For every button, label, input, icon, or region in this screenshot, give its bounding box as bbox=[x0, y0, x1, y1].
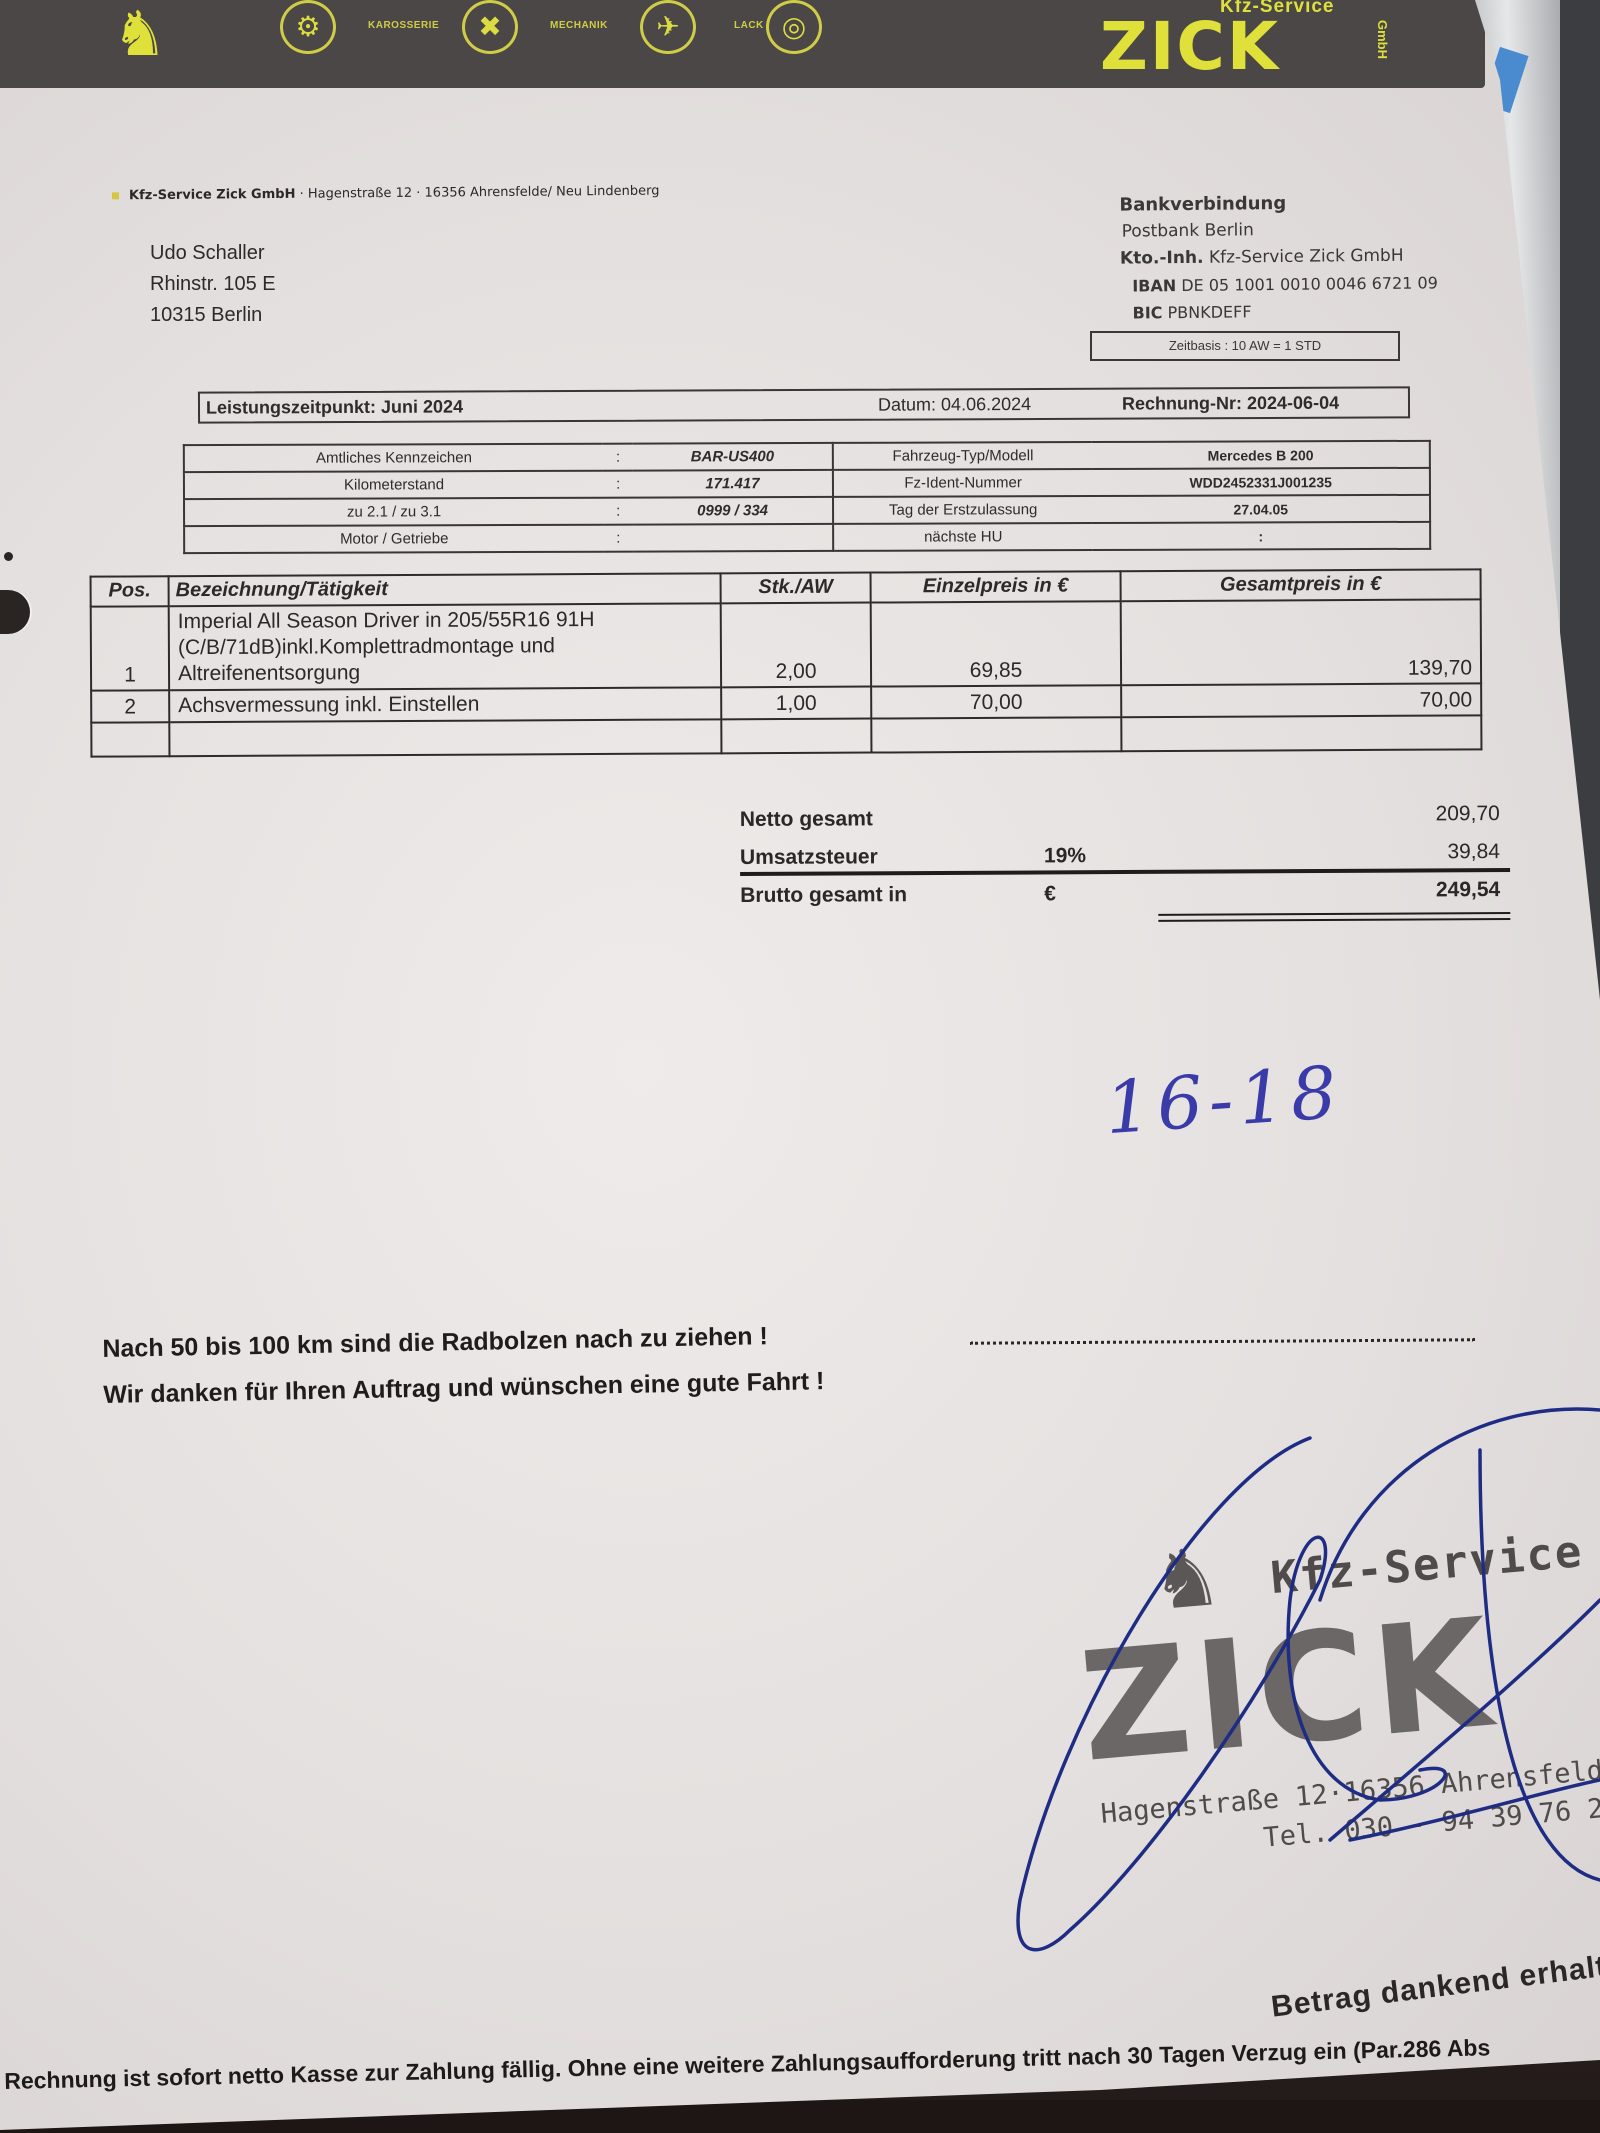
recipient-name: Udo Schaller bbox=[150, 238, 276, 269]
vat-amount: 39,84 bbox=[1447, 840, 1500, 864]
vat-rate: 19% bbox=[1044, 844, 1086, 868]
vehicle-value-2: 27.04.05 bbox=[1092, 495, 1430, 523]
vehicle-value-2: WDD2452331J001235 bbox=[1092, 468, 1430, 496]
empty-cell bbox=[169, 719, 721, 756]
punch-mark bbox=[4, 552, 13, 561]
header-description: Bezeichnung/Tätigkeit bbox=[169, 573, 721, 606]
brand-large: ZICK bbox=[1100, 8, 1280, 85]
vehicle-label: Kilometerstand bbox=[184, 471, 603, 499]
item-total: 139,70 bbox=[1121, 599, 1481, 685]
sender-address: · Hagenstraße 12 · 16356 Ahrensfelde/ Ne… bbox=[295, 184, 659, 202]
vehicle-label-2: Fahrzeug-Typ/Modell bbox=[833, 442, 1093, 470]
item-unit-price: 70,00 bbox=[871, 685, 1121, 718]
line-item-row: 1Imperial All Season Driver in 205/55R16… bbox=[91, 599, 1481, 690]
bank-iban: IBAN DE 05 1001 0010 0046 6721 09 bbox=[1132, 269, 1438, 299]
item-description-line: Achsvermessung inkl. Einstellen bbox=[178, 690, 712, 719]
empty-row bbox=[91, 715, 1481, 756]
item-description: Imperial All Season Driver in 205/55R16 … bbox=[169, 603, 721, 690]
item-pos: 1 bbox=[91, 606, 169, 690]
wrench-hammer-icon: ✖ bbox=[462, 0, 518, 54]
vat-label: Umsatzsteuer bbox=[740, 845, 878, 870]
empty-cell bbox=[91, 722, 169, 756]
item-description-line: (C/B/71dB)inkl.Komplettradmontage und bbox=[178, 632, 712, 661]
colon-separator: : bbox=[603, 471, 633, 498]
vehicle-row: Motor / Getriebe:nächste HU: bbox=[184, 522, 1430, 553]
service-label-karosserie: KAROSSERIE bbox=[368, 20, 439, 31]
gross-row: Brutto gesamt in € 249,54 bbox=[740, 874, 1510, 916]
bic-label: BIC bbox=[1132, 303, 1162, 322]
service-label-mechanik: MECHANIK bbox=[550, 20, 608, 31]
item-qty: 2,00 bbox=[721, 603, 871, 688]
bank-holder-label: Kto.-Inh. bbox=[1120, 248, 1204, 269]
bank-title: Bankverbindung bbox=[1119, 188, 1437, 218]
brand-suffix: GmbH bbox=[1375, 20, 1390, 59]
signature-dotted-line bbox=[970, 1338, 1475, 1345]
vehicle-value-2: : bbox=[1093, 522, 1431, 550]
item-pos: 2 bbox=[91, 690, 169, 722]
punch-hole bbox=[0, 590, 30, 634]
net-label: Netto gesamt bbox=[740, 807, 873, 832]
colon-separator: : bbox=[603, 498, 633, 525]
net-amount: 209,70 bbox=[1435, 802, 1499, 826]
service-label-lack: LACK bbox=[734, 20, 764, 31]
item-description: Achsvermessung inkl. Einstellen bbox=[169, 687, 721, 722]
item-description-line: Altreifenentsorgung bbox=[178, 658, 712, 687]
item-unit-price: 69,85 bbox=[871, 601, 1121, 686]
bank-holder: Kto.-Inh. Kfz-Service Zick GmbH bbox=[1120, 242, 1438, 272]
tire-icon: ◎ bbox=[766, 0, 822, 54]
items-table: Pos. Bezeichnung/Tätigkeit Stk./AW Einze… bbox=[90, 568, 1483, 757]
item-qty: 1,00 bbox=[721, 687, 871, 720]
sender-line: Kfz-Service Zick GmbH · Hagenstraße 12 ·… bbox=[112, 184, 660, 204]
header-unit-price: Einzelpreis in € bbox=[871, 571, 1121, 602]
closing-notes: Nach 50 bis 100 km sind die Radbolzen na… bbox=[102, 1312, 825, 1418]
item-total: 70,00 bbox=[1121, 683, 1481, 717]
zeitbasis-box: Zeitbasis : 10 AW = 1 STD bbox=[1090, 331, 1400, 361]
vehicle-table: Amtliches Kennzeichen:BAR-US400Fahrzeug-… bbox=[183, 440, 1431, 554]
colon-separator: : bbox=[603, 444, 633, 471]
company-stamp: ♞ Kfz-Service ZICK Hagenstraße 12·16356 … bbox=[1055, 1478, 1600, 1883]
recipient-address: Udo Schaller Rhinstr. 105 E 10315 Berlin bbox=[150, 238, 276, 331]
empty-cell bbox=[721, 719, 871, 754]
gross-currency: € bbox=[1044, 882, 1056, 906]
vehicle-value: BAR-US400 bbox=[633, 443, 833, 471]
stamp-line2: ZICK bbox=[1074, 1586, 1502, 1795]
vehicle-label-2: Fz-Ident-Nummer bbox=[833, 469, 1093, 497]
empty-cell bbox=[871, 717, 1121, 752]
bank-name: Postbank Berlin bbox=[1122, 215, 1438, 245]
vehicle-label: zu 2.1 / zu 3.1 bbox=[184, 498, 603, 526]
iban-label: IBAN bbox=[1132, 276, 1176, 295]
gross-double-underline bbox=[1158, 912, 1510, 922]
spray-gun-icon: ✈ bbox=[640, 0, 696, 54]
letterhead-band: ♞ ⚙ KAROSSERIE ✖ MECHANIK ✈ LACK ◎ Kfz-S… bbox=[0, 0, 1485, 88]
vehicle-row: Amtliches Kennzeichen:BAR-US400Fahrzeug-… bbox=[184, 441, 1430, 472]
recipient-city: 10315 Berlin bbox=[150, 300, 276, 331]
bank-holder-value: Kfz-Service Zick GmbH bbox=[1209, 246, 1404, 268]
service-period: Leistungszeitpunkt: Juni 2024 bbox=[206, 396, 463, 418]
empty-cell bbox=[1121, 715, 1481, 751]
recipient-street: Rhinstr. 105 E bbox=[150, 269, 276, 300]
vehicle-value-2: Mercedes B 200 bbox=[1092, 441, 1430, 469]
vehicle-label-2: nächste HU bbox=[833, 523, 1093, 551]
item-description-line: Imperial All Season Driver in 205/55R16 … bbox=[178, 606, 712, 635]
invoice-number: Rechnung-Nr: 2024-06-04 bbox=[1122, 393, 1339, 415]
gross-amount: 249,54 bbox=[1436, 878, 1500, 902]
brand-logo: Kfz-Service ZICK GmbH bbox=[1100, 0, 1420, 88]
frame-straightening-icon: ⚙ bbox=[280, 0, 336, 54]
vehicle-label-2: Tag der Erstzulassung bbox=[833, 496, 1093, 524]
totals-block: Netto gesamt 209,70 Umsatzsteuer 19% 39,… bbox=[740, 798, 1511, 916]
vehicle-label: Motor / Getriebe bbox=[184, 525, 603, 553]
header-pos: Pos. bbox=[91, 576, 169, 606]
sender-company: Kfz-Service Zick GmbH bbox=[129, 187, 296, 203]
invoice-paper: ♞ ⚙ KAROSSERIE ✖ MECHANIK ✈ LACK ◎ Kfz-S… bbox=[0, 0, 1600, 2133]
bank-bic: BIC PBNKDEFF bbox=[1132, 296, 1438, 326]
vehicle-label: Amtliches Kennzeichen bbox=[184, 444, 603, 472]
bic-value: PBNKDEFF bbox=[1167, 302, 1251, 322]
gross-label: Brutto gesamt in bbox=[740, 883, 907, 908]
vehicle-value bbox=[633, 524, 833, 552]
vehicle-value: 171.417 bbox=[633, 470, 833, 498]
vehicle-row: zu 2.1 / zu 3.1:0999 / 334Tag der Erstzu… bbox=[184, 495, 1430, 526]
vehicle-value: 0999 / 334 bbox=[633, 497, 833, 525]
sender-bullet-icon bbox=[112, 192, 119, 199]
iban-value: DE 05 1001 0010 0046 6721 09 bbox=[1181, 273, 1438, 295]
paid-stamp: Betrag dankend erhalten bbox=[1269, 1945, 1600, 2024]
invoice-meta-bar: Leistungszeitpunkt: Juni 2024 Datum: 04.… bbox=[198, 386, 1410, 423]
colon-separator: : bbox=[603, 525, 633, 552]
goat-logo-icon: ♞ bbox=[112, 0, 168, 70]
header-total: Gesamtpreis in € bbox=[1121, 569, 1481, 601]
vehicle-row: Kilometerstand:171.417Fz-Ident-NummerWDD… bbox=[184, 468, 1430, 499]
net-row: Netto gesamt 209,70 bbox=[740, 798, 1510, 840]
handwritten-note: 16-18 bbox=[1102, 1050, 1345, 1150]
header-qty: Stk./AW bbox=[721, 573, 871, 604]
bank-details: Bankverbindung Postbank Berlin Kto.-Inh.… bbox=[1119, 188, 1438, 326]
invoice-date: Datum: 04.06.2024 bbox=[878, 394, 1031, 416]
